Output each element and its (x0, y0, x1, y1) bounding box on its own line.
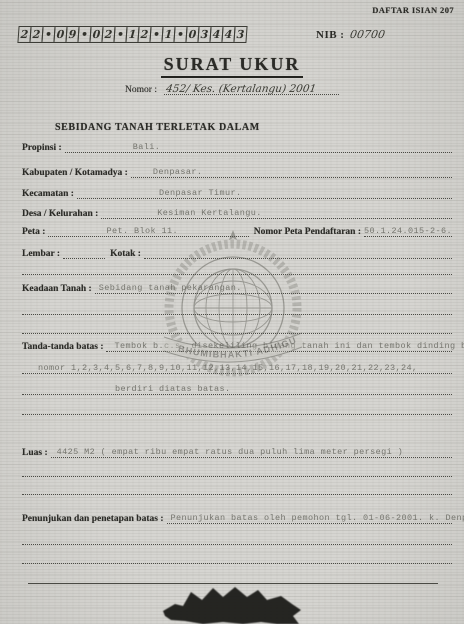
nib-value-handwritten: 00700 (349, 28, 386, 41)
keadaan-label: Keadaan Tanah : (22, 284, 95, 294)
desa-fill: Kesiman Kertalangu. (101, 206, 452, 219)
code-cell: 3 (233, 26, 247, 43)
row-desa: Desa / Kelurahan : Kesiman Kertalangu. (22, 204, 452, 219)
dotted-line (22, 532, 452, 545)
luas-label: Luas : (22, 448, 51, 458)
row-kecamatan: Kecamatan : Denpasar Timur. (22, 184, 452, 199)
lembar-fill (63, 246, 105, 259)
dotted-line (22, 482, 452, 495)
nomor-peta-fill: 50.1.24.015-2-6. (364, 224, 452, 237)
dotted-line (22, 551, 452, 564)
penunjukan-fill: Penunjukan batas oleh pemohon tgl. 01-06… (167, 511, 453, 524)
kecamatan-label: Kecamatan : (22, 189, 77, 199)
peta-label: Peta : (22, 227, 48, 237)
nomor-row: Nomor : 452/ Kes. (Kertalangu) 2001 (0, 81, 464, 95)
stamp-top-flame (229, 230, 237, 240)
form-code-label: DAFTAR ISIAN 207 (372, 5, 454, 15)
dotted-line (22, 464, 452, 477)
ink-blob-stamp (157, 584, 307, 624)
kabupaten-label: Kabupaten / Kotamadya : (22, 168, 131, 178)
title-wrap: SURAT UKUR (0, 54, 464, 78)
bpn-stamp-watermark: BHUMIBHAKTI ADHIGUNA (148, 228, 318, 398)
propinsi-label: Propinsi : (22, 143, 65, 153)
batas-label: Tanda-tanda batas : (22, 342, 106, 352)
desa-label: Desa / Kelurahan : (22, 209, 101, 219)
row-kabupaten: Kabupaten / Kotamadya : Denpasar. (22, 163, 452, 178)
nomor-label: Nomor : (125, 85, 160, 95)
kecamatan-value: Denpasar Timur. (159, 188, 242, 198)
luas-value: 4425 M2 ( empat ribu empat ratus dua pul… (57, 447, 404, 457)
desa-value: Kesiman Kertalangu. (157, 208, 262, 218)
luas-fill: 4425 M2 ( empat ribu empat ratus dua pul… (51, 445, 452, 458)
dotted-line (22, 402, 452, 415)
propinsi-value: Bali. (133, 142, 161, 152)
penunjukan-value: Penunjukan batas oleh pemohon tgl. 01-06… (171, 513, 464, 523)
kabupaten-value: Denpasar. (153, 167, 203, 177)
lembar-label: Lembar : (22, 249, 63, 259)
row-propinsi: Propinsi : Bali. (22, 138, 452, 153)
document-title: SURAT UKUR (161, 54, 304, 78)
section-heading: SEBIDANG TANAH TERLETAK DALAM (55, 122, 260, 133)
row-penunjukan: Penunjukan dan penetapan batas : Penunju… (22, 509, 452, 524)
nomor-fill: 452/ Kes. (Kertalangu) 2001 (164, 81, 339, 95)
nomor-value-handwritten: 452/ Kes. (Kertalangu) 2001 (165, 83, 317, 95)
kabupaten-fill: Denpasar. (131, 165, 452, 178)
row-luas: Luas : 4425 M2 ( empat ribu empat ratus … (22, 443, 452, 458)
nib-label: NIB : (316, 29, 344, 41)
scanned-surat-ukur-page: DAFTAR ISIAN 207 22•09•02•12•1•03443 NIB… (0, 0, 464, 624)
penunjukan-label: Penunjukan dan penetapan batas : (22, 514, 167, 524)
nomor-peta-value: 50.1.24.015-2-6. (364, 226, 452, 236)
nib-row: NIB : 00700 (316, 28, 385, 41)
kecamatan-fill: Denpasar Timur. (77, 186, 452, 199)
parcel-code-strip: 22•09•02•12•1•03443 (18, 26, 246, 43)
kotak-label: Kotak : (105, 249, 144, 259)
propinsi-fill: Bali. (65, 140, 452, 153)
